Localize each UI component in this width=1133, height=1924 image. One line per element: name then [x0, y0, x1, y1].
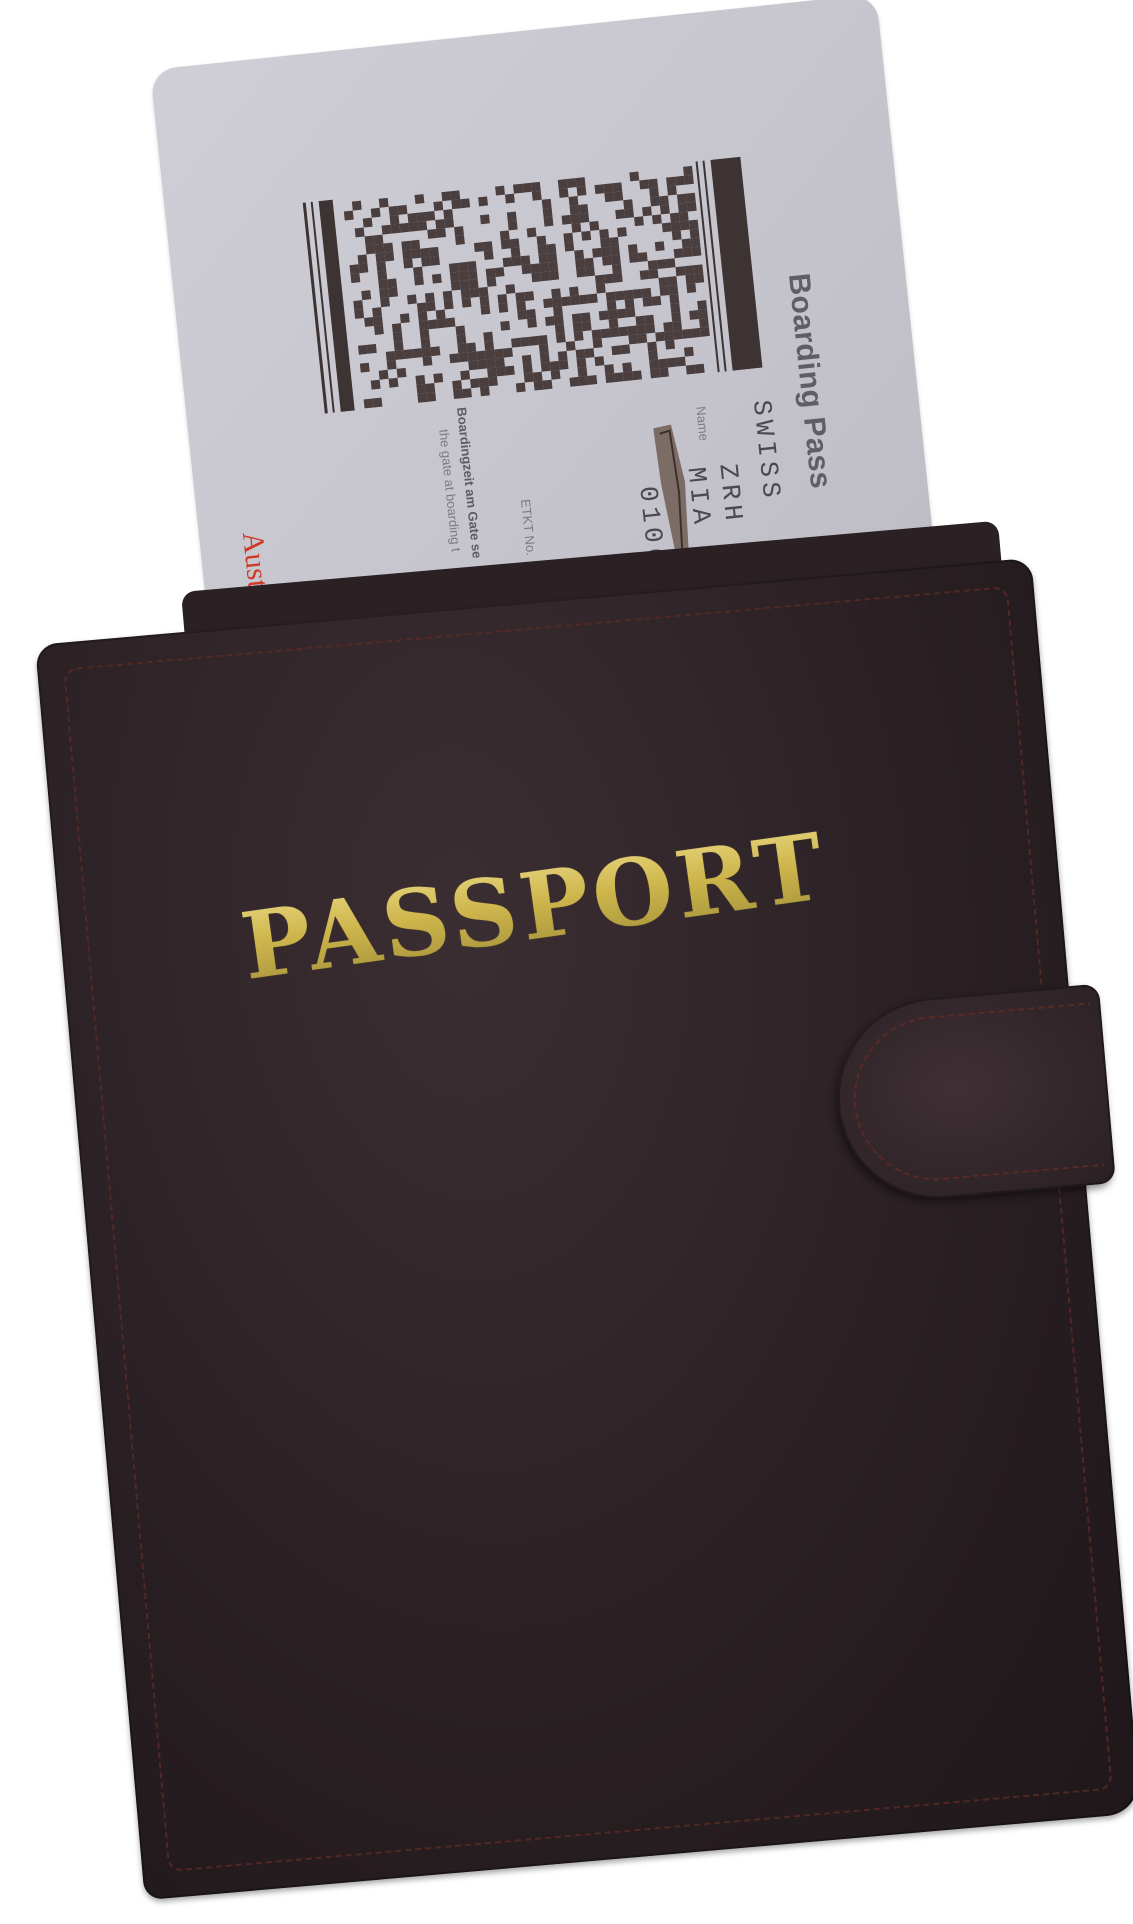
- airline-code: SWISS: [746, 398, 787, 504]
- product-photo: Boarding Pass SWISS Name ZRH MIA 0106 ET…: [0, 0, 1133, 1924]
- etkt-label: ETKT No.: [518, 498, 539, 556]
- name-label: Name: [693, 405, 712, 441]
- cover-front: PASSPORT: [35, 558, 1133, 1900]
- passport-cover: PASSPORT: [35, 557, 1133, 1900]
- edge-stitching: [63, 586, 1113, 1872]
- barcode-icon: [293, 155, 783, 415]
- strap-stitching: [847, 1002, 1104, 1187]
- boarding-pass-title: Boarding Pass: [781, 272, 837, 491]
- origin-code: ZRH: [712, 462, 748, 527]
